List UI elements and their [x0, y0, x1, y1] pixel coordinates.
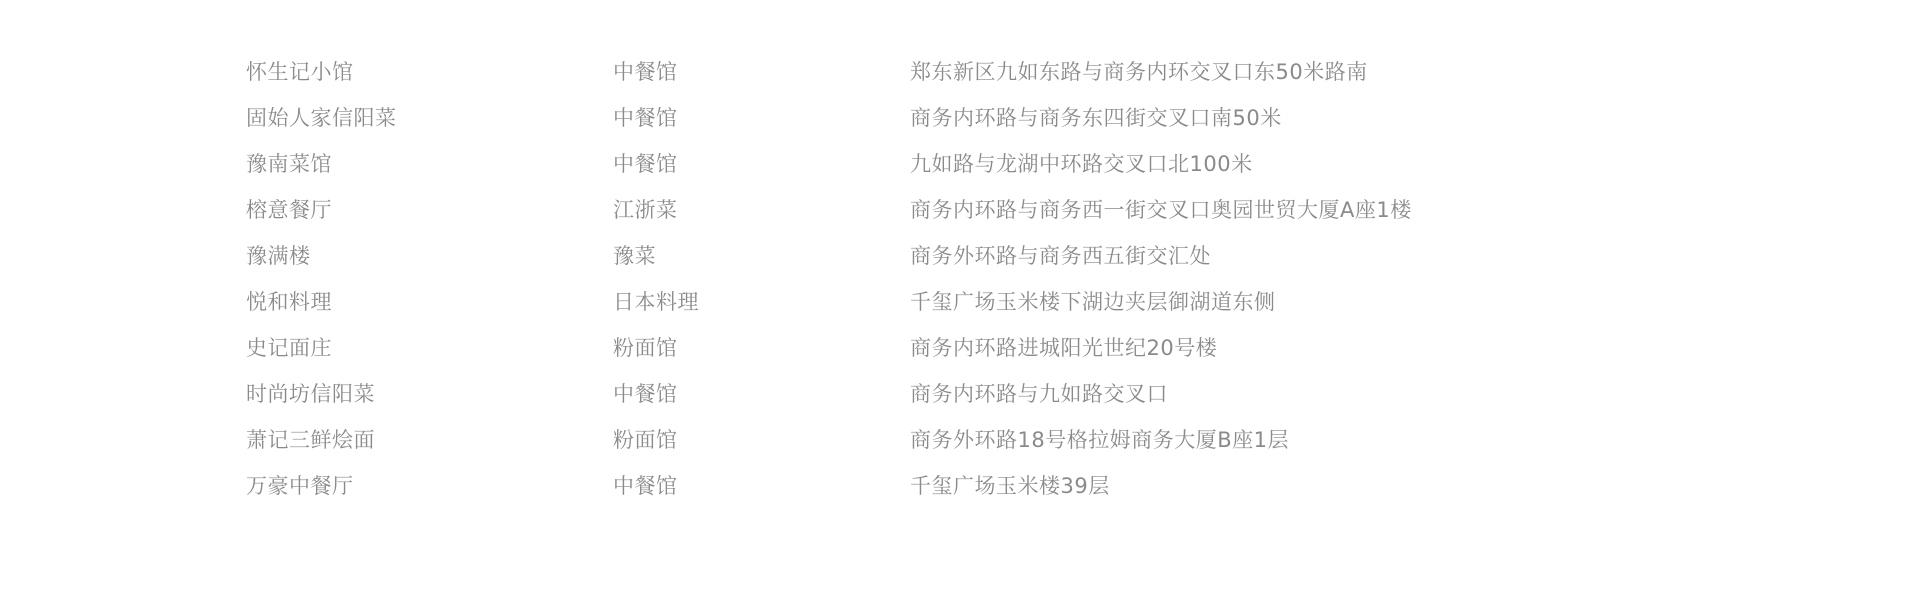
restaurant-address: 商务外环路与商务西五街交汇处 [910, 233, 1920, 279]
restaurant-address: 九如路与龙湖中环路交叉口北100米 [910, 141, 1920, 187]
cuisine-type: 日本料理 [613, 279, 910, 325]
table-row[interactable]: 豫南菜馆 中餐馆 九如路与龙湖中环路交叉口北100米 [246, 141, 1920, 187]
table-row[interactable]: 豫满楼 豫菜 商务外环路与商务西五街交汇处 [246, 233, 1920, 279]
cuisine-type: 中餐馆 [613, 371, 910, 417]
restaurant-address: 商务内环路进城阳光世纪20号楼 [910, 325, 1920, 371]
restaurant-name: 榕意餐厅 [246, 187, 613, 233]
table-row[interactable]: 固始人家信阳菜 中餐馆 商务内环路与商务东四街交叉口南50米 [246, 95, 1920, 141]
table-row[interactable]: 悦和料理 日本料理 千玺广场玉米楼下湖边夹层御湖道东侧 [246, 279, 1920, 325]
restaurant-name: 怀生记小馆 [246, 49, 613, 95]
restaurant-name: 时尚坊信阳菜 [246, 371, 613, 417]
cuisine-type: 中餐馆 [613, 49, 910, 95]
restaurant-name: 史记面庄 [246, 325, 613, 371]
restaurant-address: 商务内环路与商务西一街交叉口奥园世贸大厦A座1楼 [910, 187, 1920, 233]
table-row[interactable]: 史记面庄 粉面馆 商务内环路进城阳光世纪20号楼 [246, 325, 1920, 371]
table-row[interactable]: 怀生记小馆 中餐馆 郑东新区九如东路与商务内环交叉口东50米路南 [246, 49, 1920, 95]
restaurant-name: 万豪中餐厅 [246, 463, 613, 509]
table-row[interactable]: 榕意餐厅 江浙菜 商务内环路与商务西一街交叉口奥园世贸大厦A座1楼 [246, 187, 1920, 233]
restaurant-address: 千玺广场玉米楼下湖边夹层御湖道东侧 [910, 279, 1920, 325]
restaurant-address: 商务内环路与九如路交叉口 [910, 371, 1920, 417]
restaurant-address: 千玺广场玉米楼39层 [910, 463, 1920, 509]
cuisine-type: 粉面馆 [613, 325, 910, 371]
cuisine-type: 江浙菜 [613, 187, 910, 233]
restaurant-name: 萧记三鲜烩面 [246, 417, 613, 463]
table-row[interactable]: 万豪中餐厅 中餐馆 千玺广场玉米楼39层 [246, 463, 1920, 509]
cuisine-type: 中餐馆 [613, 95, 910, 141]
restaurant-address: 商务内环路与商务东四街交叉口南50米 [910, 95, 1920, 141]
table-row[interactable]: 萧记三鲜烩面 粉面馆 商务外环路18号格拉姆商务大厦B座1层 [246, 417, 1920, 463]
restaurant-table: 怀生记小馆 中餐馆 郑东新区九如东路与商务内环交叉口东50米路南 固始人家信阳菜… [246, 49, 1920, 509]
cuisine-type: 中餐馆 [613, 463, 910, 509]
restaurant-name: 固始人家信阳菜 [246, 95, 613, 141]
restaurant-name: 豫南菜馆 [246, 141, 613, 187]
restaurant-address: 郑东新区九如东路与商务内环交叉口东50米路南 [910, 49, 1920, 95]
cuisine-type: 中餐馆 [613, 141, 910, 187]
restaurant-name: 悦和料理 [246, 279, 613, 325]
cuisine-type: 豫菜 [613, 233, 910, 279]
restaurant-name: 豫满楼 [246, 233, 613, 279]
table-row[interactable]: 时尚坊信阳菜 中餐馆 商务内环路与九如路交叉口 [246, 371, 1920, 417]
cuisine-type: 粉面馆 [613, 417, 910, 463]
restaurant-address: 商务外环路18号格拉姆商务大厦B座1层 [910, 417, 1920, 463]
